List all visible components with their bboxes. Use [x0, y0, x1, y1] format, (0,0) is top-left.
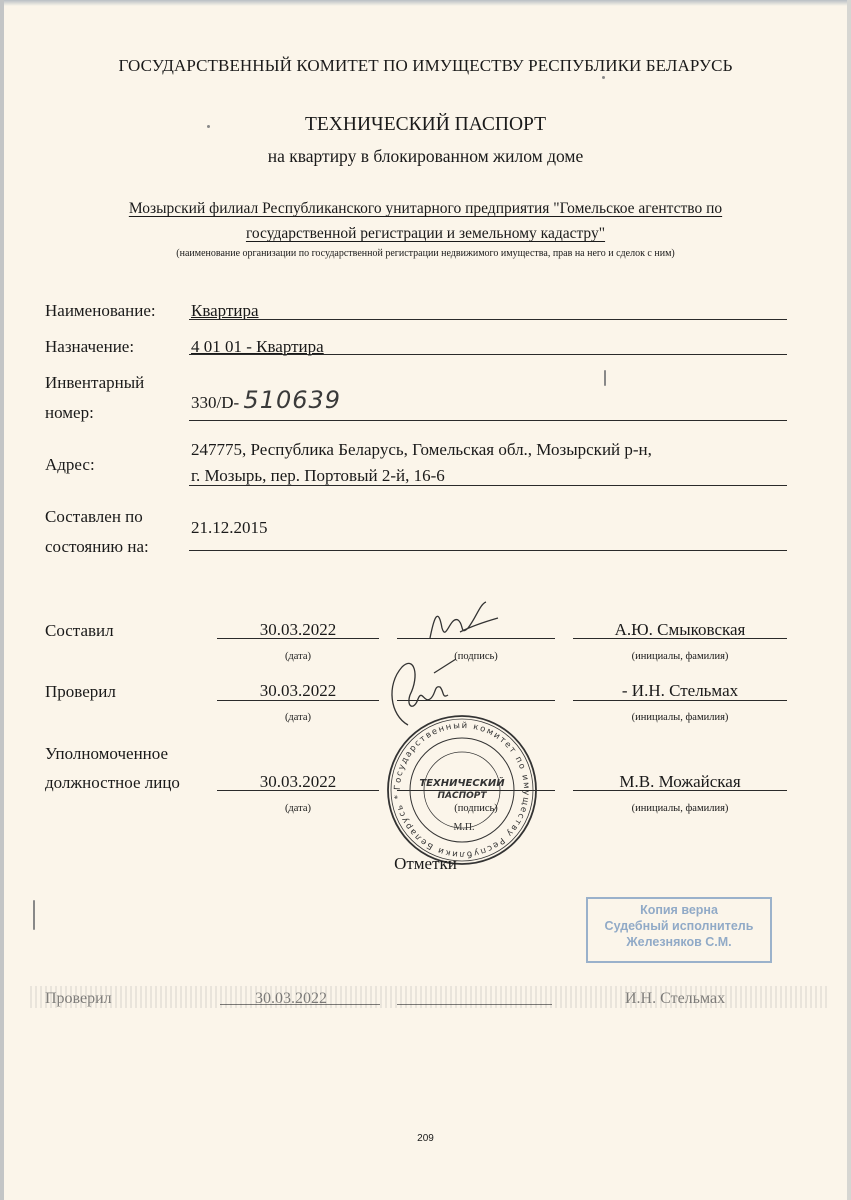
scan-speck [602, 76, 605, 79]
seal-center-line-2: ПАСПОРТ [437, 791, 487, 801]
name-underline [189, 319, 787, 320]
checked-name-dash: - [622, 681, 628, 700]
scan-speck [33, 900, 35, 930]
inventory-handwritten-number: 510639 [243, 386, 341, 414]
ghost-checked-name: И.Н. Стельмах [625, 990, 725, 1008]
checked-name: - И.Н. Стельмах [573, 681, 787, 701]
compiled-name-line [573, 638, 787, 639]
ghost-checked-label: Проверил [45, 990, 112, 1008]
seal-center-line-1: ТЕХНИЧЕСКИЙ [419, 776, 505, 789]
scan-edge-top [0, 0, 851, 6]
organization-line-1: Мозырский филиал Республиканского унитар… [0, 200, 851, 218]
copy-stamp-line-2: Судебный исполнитель [588, 918, 770, 934]
authorized-date: 30.03.2022 [217, 772, 379, 792]
copy-stamp-line-1: Копия верна [588, 902, 770, 918]
document-subtitle: на квартиру в блокированном жилом доме [0, 146, 851, 167]
checked-name-caption: (инициалы, фамилия) [573, 712, 787, 723]
address-underline [189, 485, 787, 486]
committee-heading: ГОСУДАРСТВЕННЫЙ КОМИТЕТ ПО ИМУЩЕСТВУ РЕС… [0, 56, 851, 76]
scan-edge-right [847, 0, 851, 1200]
checked-date-caption: (дата) [217, 712, 379, 723]
purpose-label: Назначение: [45, 332, 134, 362]
ghost-checked-date: 30.03.2022 [255, 990, 327, 1008]
organization-line-2: государственной регистрации и земельному… [0, 225, 851, 243]
inventory-label-line-1: Инвентарный [45, 368, 144, 398]
inventory-label-line-2: номер: [45, 398, 94, 428]
compiled-name-caption: (инициалы, фамилия) [573, 651, 787, 662]
name-label: Наименование: [45, 296, 156, 326]
checked-date-line [217, 700, 379, 701]
as-of-underline [189, 550, 787, 551]
svg-text:Государственный комитет по иму: Государственный комитет по имуществу Рес… [393, 721, 531, 859]
authorized-name-caption: (инициалы, фамилия) [573, 803, 787, 814]
inventory-prefix: 330/D- [191, 393, 239, 412]
authorized-official-label-line-2: должностное лицо [45, 773, 180, 793]
seal-mp: М.П. [453, 822, 474, 833]
signature-scribble-compiled [420, 598, 500, 650]
ghost-signature-line [397, 1004, 552, 1005]
address-line-1: 247775, Республика Беларусь, Гомельская … [191, 440, 652, 460]
scan-speck [604, 370, 606, 386]
address-label: Адрес: [45, 450, 95, 480]
authorized-name-line [573, 790, 787, 791]
compiled-date: 30.03.2022 [217, 620, 379, 640]
compiled-date-line [217, 638, 379, 639]
marks-heading: Отметки [0, 854, 851, 874]
scan-speck [207, 125, 210, 128]
authorized-official-label-line-1: Уполномоченное [45, 744, 168, 764]
as-of-value: 21.12.2015 [191, 518, 268, 538]
as-of-label-line-2: состоянию на: [45, 532, 149, 562]
checked-name-text: И.Н. Стельмах [632, 681, 738, 700]
address-line-2: г. Мозырь, пер. Портовый 2-й, 16-6 [191, 466, 445, 486]
purpose-underline [189, 354, 787, 355]
organization-caption: (наименование организации по государстве… [0, 248, 851, 259]
copy-certified-stamp: Копия верна Судебный исполнитель Железня… [586, 897, 772, 963]
document-title: ТЕХНИЧЕСКИЙ ПАСПОРТ [0, 114, 851, 136]
compiled-date-caption: (дата) [217, 651, 379, 662]
ghost-date-line [220, 1004, 380, 1005]
authorized-name: М.В. Можайская [573, 772, 787, 792]
compiled-by-label: Составил [45, 621, 114, 641]
inventory-underline [189, 420, 787, 421]
checked-by-label: Проверил [45, 682, 116, 702]
inventory-value: 330/D- 510639 [191, 386, 341, 414]
checked-name-line [573, 700, 787, 701]
page-number: 209 [0, 1133, 851, 1144]
copy-stamp-line-3: Железняков С.М. [588, 934, 770, 950]
authorized-date-caption: (дата) [217, 803, 379, 814]
scan-edge-left [0, 0, 4, 1200]
authorized-date-line [217, 790, 379, 791]
as-of-label-line-1: Составлен по [45, 502, 143, 532]
compiled-name: А.Ю. Смыковская [573, 620, 787, 640]
checked-date: 30.03.2022 [217, 681, 379, 701]
name-value: Квартира [191, 301, 259, 321]
official-seal: Государственный комитет по имуществу Рес… [384, 712, 540, 868]
